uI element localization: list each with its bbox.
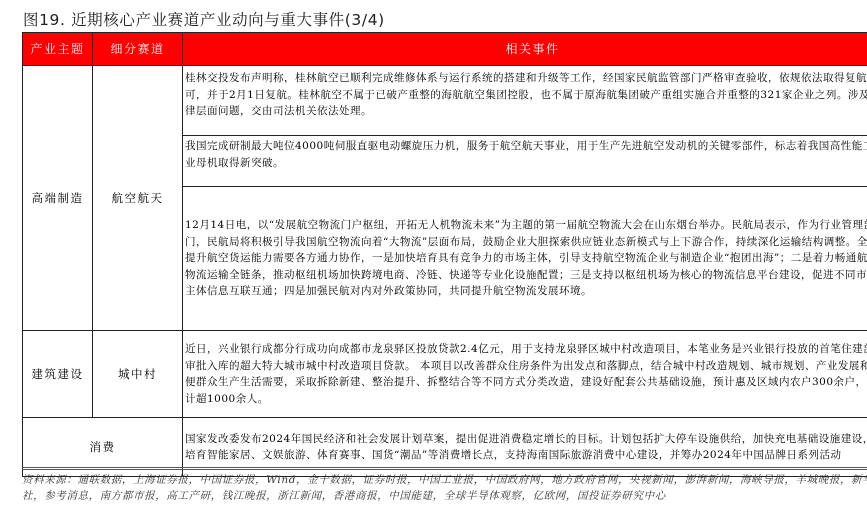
table-header-row: 产业主题 细分赛道 相关事件 <box>23 33 867 66</box>
event-text: 桂林交投发布声明称，桂林航空已顺利完成维修体系与运行系统的搭建和升级等工作，经国… <box>185 70 867 120</box>
event-cell: 12月14日电，以“发展航空物流门户枢纽，开拓无人机物流未来”为主题的第一届航空… <box>183 187 867 331</box>
event-text: 近日，兴业银行成都分行成功向成都市龙泉驿区投放贷款2.4亿元，用于支持龙泉驿区城… <box>185 341 867 407</box>
header-industry-theme: 产业主题 <box>23 33 93 66</box>
theme-cell: 高端制造 <box>23 66 93 331</box>
event-cell: 我国完成研制最大吨位4000吨伺服直驱电动螺旋压力机，服务于航空航天事业，用于生… <box>183 136 867 187</box>
event-text: 国家发改委发布2024年国民经济和社会发展计划草案，提出促进消费稳定增长的目标。… <box>185 431 867 464</box>
source-note: 资料来源：通联数据，上海证券报，中国证券报，Wind，金十数据，证券时报，中国工… <box>22 467 867 504</box>
header-sub-track: 细分赛道 <box>93 33 183 66</box>
table-row: 高端制造 航空航天 桂林交投发布声明称，桂林航空已顺利完成维修体系与运行系统的搭… <box>23 66 867 136</box>
events-table: 产业主题 细分赛道 相关事件 高端制造 航空航天 桂林交投发布声明称，桂林航空已… <box>22 32 867 477</box>
event-cell: 近日，兴业银行成都分行成功向成都市龙泉驿区投放贷款2.4亿元，用于支持龙泉驿区城… <box>183 331 867 418</box>
table-row: 建筑建设 城中村 近日，兴业银行成都分行成功向成都市龙泉驿区投放贷款2.4亿元，… <box>23 331 867 418</box>
figure-title: 图19. 近期核心产业赛道产业动向与重大事件(3/4) <box>23 8 385 30</box>
theme-cell: 建筑建设 <box>23 331 93 418</box>
track-cell: 航空航天 <box>93 66 183 331</box>
event-text: 我国完成研制最大吨位4000吨伺服直驱电动螺旋压力机，服务于航空航天事业，用于生… <box>185 138 867 171</box>
event-text: 12月14日电，以“发展航空物流门户枢纽，开拓无人机物流未来”为主题的第一届航空… <box>185 217 867 300</box>
header-related-events: 相关事件 <box>183 33 867 66</box>
track-cell: 城中村 <box>93 331 183 418</box>
event-cell: 桂林交投发布声明称，桂林航空已顺利完成维修体系与运行系统的搭建和升级等工作，经国… <box>183 66 867 136</box>
